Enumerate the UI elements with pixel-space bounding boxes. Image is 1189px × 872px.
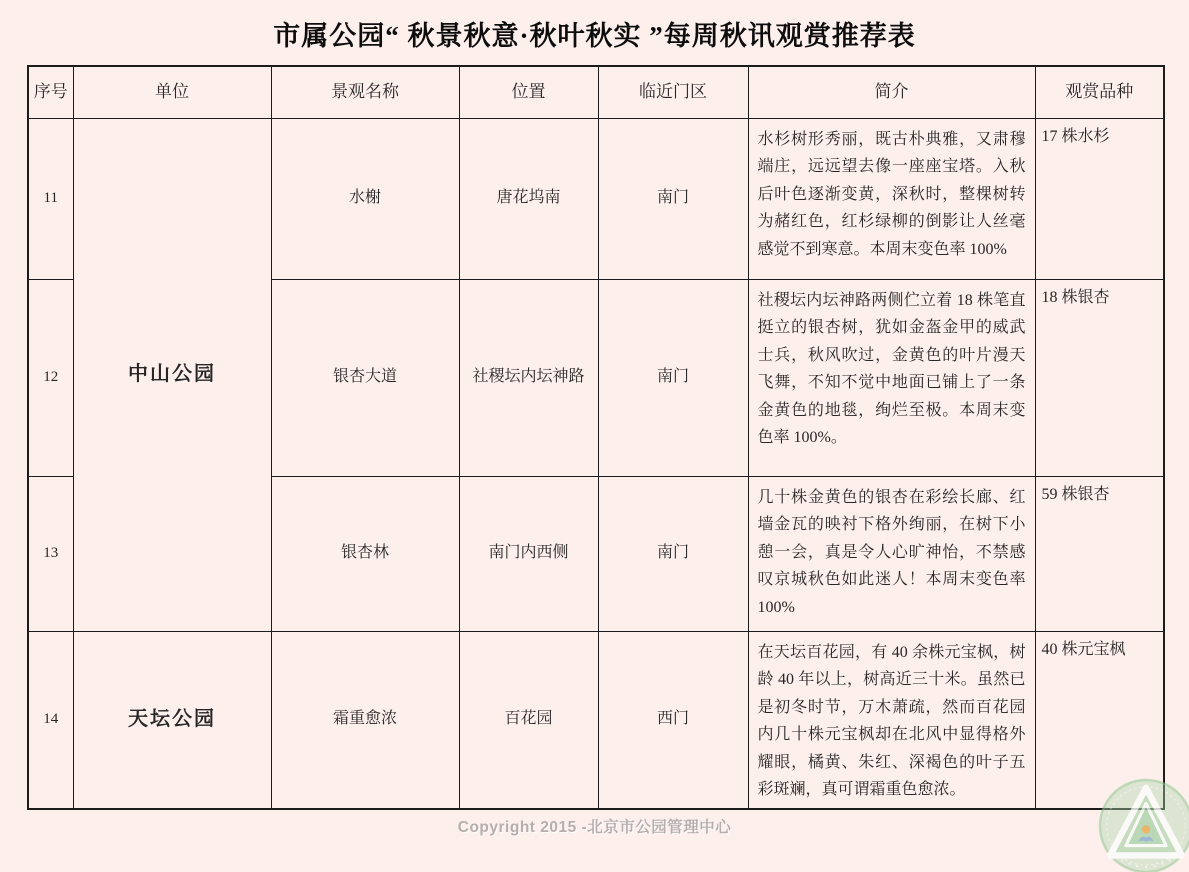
unit-tiantan-park: 天坛公园 xyxy=(73,631,271,809)
unit-zhongshan-park: 中山公园 xyxy=(73,118,271,631)
nearby-gate: 南门 xyxy=(598,118,748,279)
row-number: 14 xyxy=(28,631,73,809)
park-admin-logo xyxy=(1097,777,1189,872)
scenery-name: 银杏大道 xyxy=(271,279,459,476)
header-row: 序号 单位 景观名称 位置 临近门区 简介 观赏品种 xyxy=(28,66,1164,118)
viewing-variety: 17 株水杉 xyxy=(1035,118,1164,279)
introduction: 水杉树形秀丽，既古朴典雅，又肃穆端庄，远远望去像一座座宝塔。入秋后叶色逐渐变黄，… xyxy=(748,118,1035,279)
location: 唐花坞南 xyxy=(459,118,598,279)
table-row-11: 11 中山公园 水榭 唐花坞南 南门 水杉树形秀丽，既古朴典雅，又肃穆端庄，远远… xyxy=(28,118,1164,279)
col-header-intro: 简介 xyxy=(748,66,1035,118)
col-header-variety: 观赏品种 xyxy=(1035,66,1164,118)
nearby-gate: 南门 xyxy=(598,279,748,476)
col-header-location: 位置 xyxy=(459,66,598,118)
scenery-name: 水榭 xyxy=(271,118,459,279)
col-header-no: 序号 xyxy=(28,66,73,118)
nearby-gate: 南门 xyxy=(598,476,748,631)
introduction: 社稷坛内坛神路两侧伫立着 18 株笔直挺立的银杏树，犹如金盔金甲的威武士兵，秋风… xyxy=(748,279,1035,476)
nearby-gate: 西门 xyxy=(598,631,748,809)
park-admin-logo-graphic xyxy=(1097,777,1189,872)
scenery-name: 银杏林 xyxy=(271,476,459,631)
table-row-14: 14 天坛公园 霜重愈浓 百花园 西门 在天坛百花园，有 40 余株元宝枫，树龄… xyxy=(28,631,1164,809)
scenery-name: 霜重愈浓 xyxy=(271,631,459,809)
viewing-variety: 59 株银杏 xyxy=(1035,476,1164,631)
row-number: 12 xyxy=(28,279,73,476)
col-header-gate: 临近门区 xyxy=(598,66,748,118)
col-header-name: 景观名称 xyxy=(271,66,459,118)
introduction: 在天坛百花园，有 40 余株元宝枫，树龄 40 年以上，树高近三十米。虽然已是初… xyxy=(748,631,1035,809)
recommendation-table: 序号 单位 景观名称 位置 临近门区 简介 观赏品种 11 中山公园 水榭 唐花… xyxy=(27,65,1165,810)
copyright-text: Copyright 2015 -北京市公园管理中心 xyxy=(0,815,1189,837)
row-number: 13 xyxy=(28,476,73,631)
col-header-unit: 单位 xyxy=(73,66,271,118)
row-number: 11 xyxy=(28,118,73,279)
page-title: 市属公园“ 秋景秋意·秋叶秋实 ”每周秋讯观赏推荐表 xyxy=(0,0,1189,53)
location: 南门内西侧 xyxy=(459,476,598,631)
location: 社稷坛内坛神路 xyxy=(459,279,598,476)
viewing-variety: 18 株银杏 xyxy=(1035,279,1164,476)
location: 百花园 xyxy=(459,631,598,809)
introduction: 几十株金黄色的银杏在彩绘长廊、红墙金瓦的映衬下格外绚丽，在树下小憩一会，真是令人… xyxy=(748,476,1035,631)
